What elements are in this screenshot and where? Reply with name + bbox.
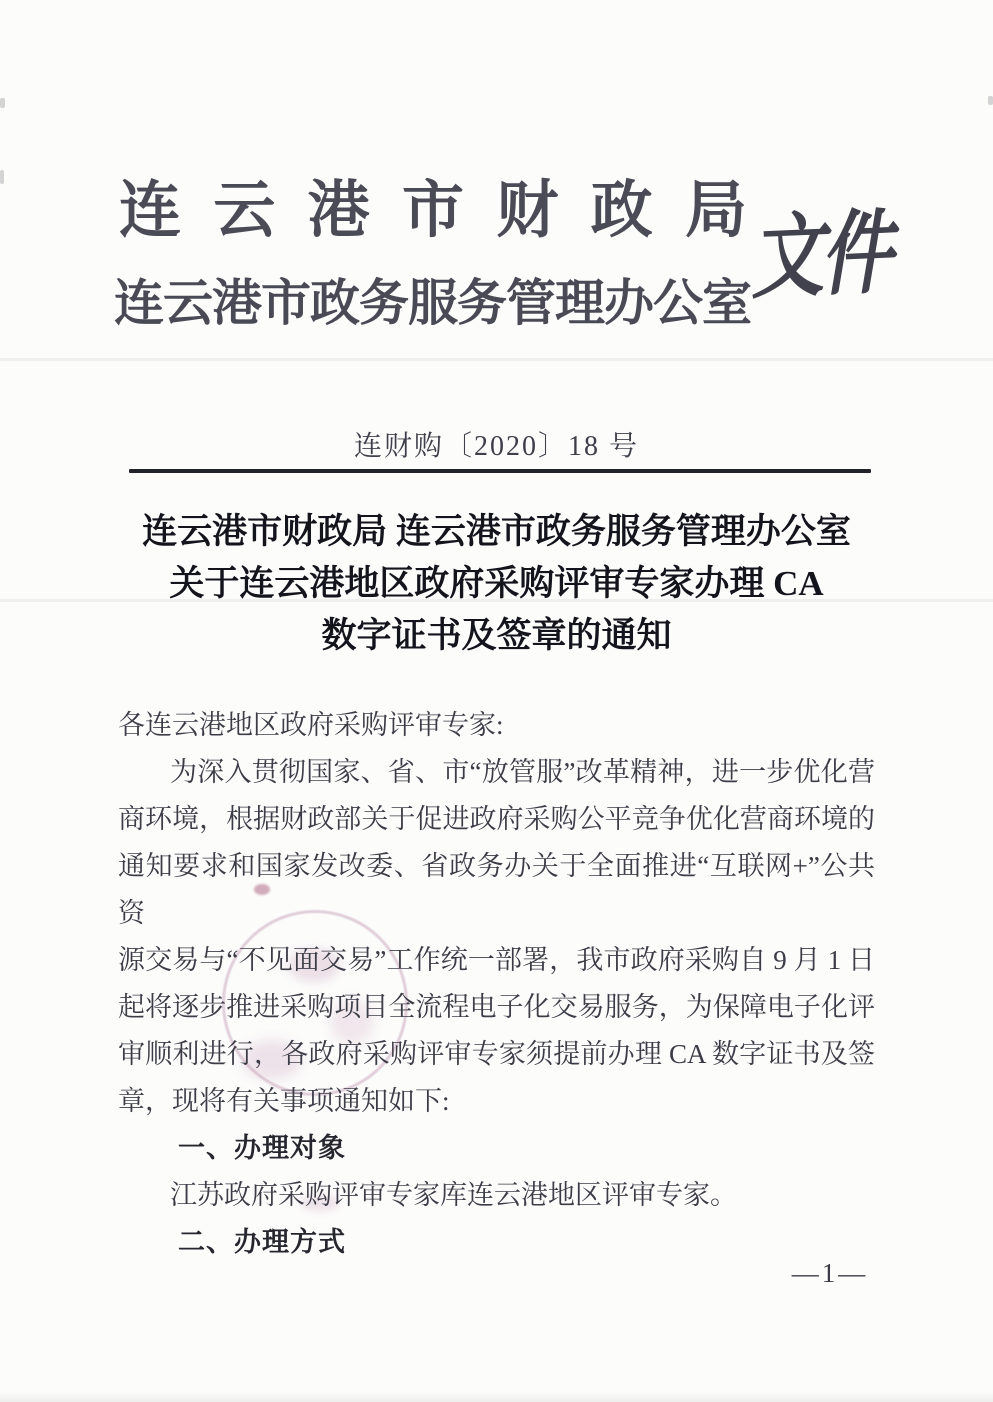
scan-edge-artifact xyxy=(0,170,4,184)
salutation: 各连云港地区政府采购评审专家: xyxy=(118,702,875,749)
paragraph-line: 商环境，根据财政部关于促进政府采购公平竞争优化营商环境的 xyxy=(118,796,875,843)
paragraph-line: 起将逐步推进采购项目全流程电子化交易服务，为保障电子化评 xyxy=(118,984,875,1031)
letterhead-org-line2: 连云港市政务服务管理办公室 xyxy=(114,272,748,334)
document-title: 连云港市财政局 连云港市政务服务管理办公室 关于连云港地区政府采购评审专家办理 … xyxy=(60,506,933,662)
doc-number: 连财购〔2020〕18 号 xyxy=(0,424,993,464)
scan-streak xyxy=(0,358,993,361)
scan-bottom-shadow xyxy=(0,1392,993,1402)
title-line-2: 关于连云港地区政府采购评审专家办理 CA xyxy=(60,558,933,610)
scanned-document-page: 连云港市财政局 连云港市政务服务管理办公室 文件 连财购〔2020〕18 号 连… xyxy=(0,0,993,1402)
title-line-1: 连云港市财政局 连云港市政务服务管理办公室 xyxy=(60,506,933,558)
section-2-heading: 二、办理方式 xyxy=(118,1219,875,1266)
title-line-3: 数字证书及签章的通知 xyxy=(60,610,933,662)
paragraph-line: 审顺利进行，各政府采购评审专家须提前办理 CA 数字证书及签 xyxy=(118,1031,875,1078)
section-1-heading: 一、办理对象 xyxy=(118,1125,875,1172)
page-number: —1— xyxy=(770,1258,890,1289)
paragraph-line: 通知要求和国家发改委、省政务办关于全面推进“互联网+”公共资 xyxy=(118,843,875,937)
letterhead-doc-type-mark: 文件 xyxy=(747,192,924,319)
letterhead-org-line1: 连云港市财政局 xyxy=(119,176,747,246)
separator-rule xyxy=(129,469,871,473)
section-1-text: 江苏政府采购评审专家库连云港地区评审专家。 xyxy=(118,1172,875,1219)
scan-edge-artifact xyxy=(0,98,5,108)
scan-edge-artifact xyxy=(988,96,993,105)
paragraph-line: 为深入贯彻国家、省、市“放管服”改革精神，进一步优化营 xyxy=(118,749,875,796)
paragraph-line: 章，现将有关事项通知如下: xyxy=(118,1078,875,1125)
scan-streak xyxy=(0,599,993,602)
document-body: 各连云港地区政府采购评审专家: 为深入贯彻国家、省、市“放管服”改革精神，进一步… xyxy=(118,702,875,1266)
paragraph-line: 源交易与“不见面交易”工作统一部署，我市政府采购自 9 月 1 日 xyxy=(118,937,875,984)
